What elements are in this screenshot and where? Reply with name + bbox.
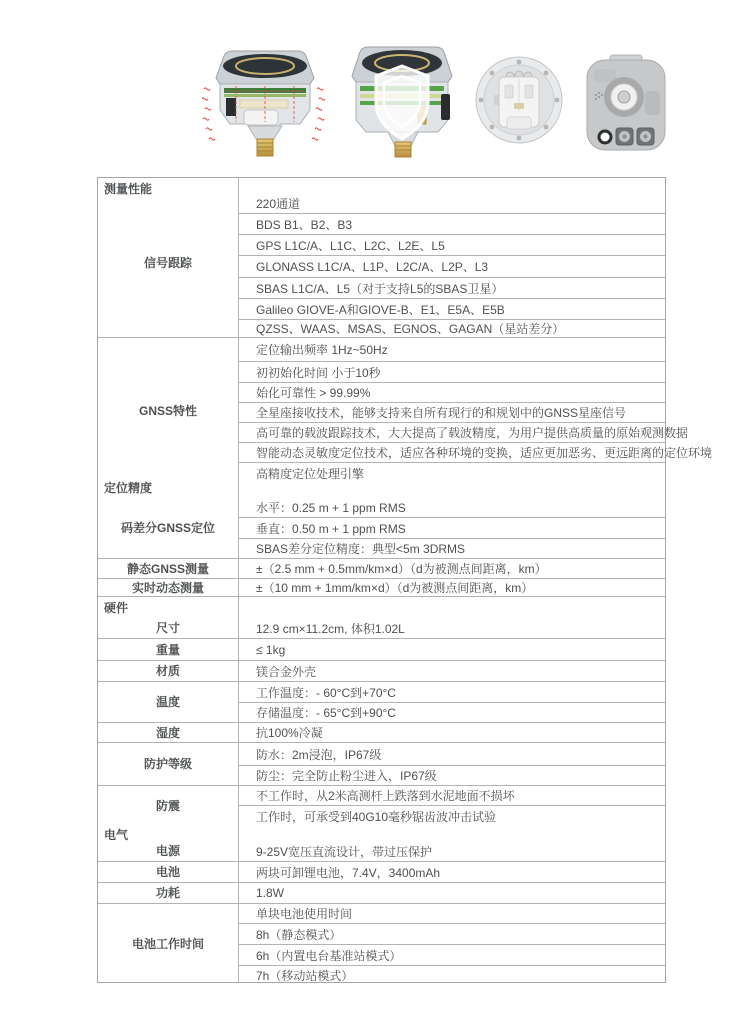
label-weight: 重量 (98, 643, 238, 658)
group-divider (98, 785, 238, 786)
value-humidity: 抗100%冷凝 (239, 723, 665, 743)
receiver-transparent-heat-dissipation-photo (202, 46, 326, 160)
value-init-time: 初初始化时间 小于10秒 (239, 362, 665, 383)
value-init-reliability: 始化可靠性 > 99.99% (239, 383, 665, 403)
label-rtk: 实时动态测量 (98, 581, 238, 596)
value-waterproof: 防水：2m浸泡，IP67级 (239, 743, 665, 766)
spec-table: 测量性能 定位精度 硬件 电气 信号跟踪 GNSS特性 码差分GNSS定位 静态… (97, 177, 666, 983)
heat-arrows-left (202, 88, 215, 140)
spec-sheet-page: 测量性能 定位精度 硬件 电气 信号跟踪 GNSS特性 码差分GNSS定位 静态… (0, 0, 750, 1030)
receiver-bottom-connector-photo (583, 53, 669, 155)
value-dimensions: 12.9 cm×11.2cm, 体积1.02L (239, 618, 665, 639)
group-divider (98, 681, 238, 682)
value-battery-single: 单块电池使用时间 (239, 904, 665, 924)
label-dimensions: 尺寸 (98, 621, 238, 636)
value-column: 220通道 BDS B1、B2、B3 GPS L1C/A、L1C、L2C、L2E… (239, 178, 665, 984)
value-smart-dynamic: 智能动态灵敏度定位技术，适应各种环境的变换，适应更加恶劣、更远距离的定位环境 (239, 443, 665, 463)
value-battery: 两块可卸锂电池，7.4V，3400mAh (239, 862, 665, 883)
spacer-row (239, 178, 665, 193)
value-consumption: 1.8W (239, 883, 665, 904)
group-divider (98, 742, 238, 743)
label-consumption: 功耗 (98, 886, 238, 901)
value-vertical: 垂直：0.50 m + 1 ppm RMS (239, 518, 665, 539)
section-header-accuracy: 定位精度 (104, 481, 152, 496)
value-dustproof: 防尘：完全防止粉尘进入，IP67级 (239, 766, 665, 786)
receiver-transparent-shield-photo (344, 42, 462, 160)
label-shock: 防震 (98, 799, 238, 814)
receiver-bottom-battery-photo (473, 53, 565, 147)
value-carrier-tracking: 高可靠的载波跟踪技术，大大提高了载波精度，为用户提供高质量的原始观测数据 (239, 423, 665, 443)
value-sbas: SBAS L1C/A、L5（对于支持L5的SBAS卫星） (239, 278, 665, 299)
group-divider (98, 337, 238, 338)
label-material: 材质 (98, 664, 238, 679)
label-static-gnss: 静态GNSS测量 (98, 562, 238, 577)
group-divider (98, 882, 238, 883)
group-divider (98, 558, 238, 559)
value-temp-storage: 存储温度：- 65°C到+90°C (239, 703, 665, 723)
value-shock-idle: 不工作时，从2米高测杆上跌落到水泥地面不损坏 (239, 786, 665, 806)
value-shock-working: 工作时，可承受到40G10毫秒锯齿波冲击试验 (239, 806, 665, 827)
value-qzss: QZSS、WAAS、MSAS、EGNOS、GAGAN（星站差分） (239, 320, 665, 338)
spacer-row (239, 827, 665, 841)
heat-arrows-right (312, 88, 325, 140)
value-gps: GPS L1C/A、L1C、L2C、L2E、L5 (239, 235, 665, 256)
group-divider (98, 638, 238, 639)
spacer-row (239, 597, 665, 618)
value-static: ±（2.5 mm + 0.5mm/km×d）（d为被测点间距离，km） (239, 559, 665, 579)
label-code-dgnss: 码差分GNSS定位 (98, 521, 238, 536)
section-header-electrical: 电气 (104, 828, 128, 843)
value-sbas-accuracy: SBAS差分定位精度：典型<5m 3DRMS (239, 539, 665, 559)
label-protection: 防护等级 (98, 757, 238, 772)
group-divider (98, 722, 238, 723)
value-life-rover: 7h（移动站模式） (239, 966, 665, 984)
value-power: 9-25V宽压直流设计，带过压保护 (239, 841, 665, 862)
value-horizontal: 水平：0.25 m + 1 ppm RMS (239, 497, 665, 518)
section-header-measurement: 测量性能 (104, 182, 152, 197)
value-output-rate: 定位输出频率 1Hz~50Hz (239, 338, 665, 362)
power-connector (599, 131, 611, 143)
label-battery: 电池 (98, 865, 238, 880)
group-divider (98, 578, 238, 579)
label-gnss-features: GNSS特性 (98, 404, 238, 419)
label-power: 电源 (98, 844, 238, 859)
value-bds: BDS B1、B2、B3 (239, 214, 665, 235)
group-divider (98, 861, 238, 862)
group-divider (98, 660, 238, 661)
value-temp-operating: 工作温度：- 60°C到+70°C (239, 682, 665, 703)
value-material: 镁合金外壳 (239, 661, 665, 682)
value-weight: ≤ 1kg (239, 639, 665, 661)
label-humidity: 湿度 (98, 726, 238, 741)
group-divider (98, 596, 238, 597)
value-channels: 220通道 (239, 193, 665, 214)
spacer-row (239, 484, 665, 497)
value-rtk: ±（10 mm + 1mm/km×d）（d为被测点间距离，km） (239, 579, 665, 597)
label-battery-life: 电池工作时间 (98, 937, 238, 952)
value-life-base: 6h（内置电台基准站模式） (239, 945, 665, 966)
group-divider (98, 903, 238, 904)
value-galileo: Galileo GIOVE-A和GIOVE-B、E1、E5A、E5B (239, 299, 665, 320)
label-temperature: 温度 (98, 695, 238, 710)
value-glonass: GLONASS L1C/A、L1P、L2C/A、L2P、L3 (239, 256, 665, 278)
value-life-static: 8h（静态模式） (239, 924, 665, 945)
label-signal-tracking: 信号跟踪 (98, 256, 238, 271)
value-engine: 高精度定位处理引擎 (239, 463, 665, 484)
section-header-hardware: 硬件 (104, 601, 128, 616)
value-constellation: 全星座接收技术，能够支持来自所有现行的和规划中的GNSS星座信号 (239, 403, 665, 423)
